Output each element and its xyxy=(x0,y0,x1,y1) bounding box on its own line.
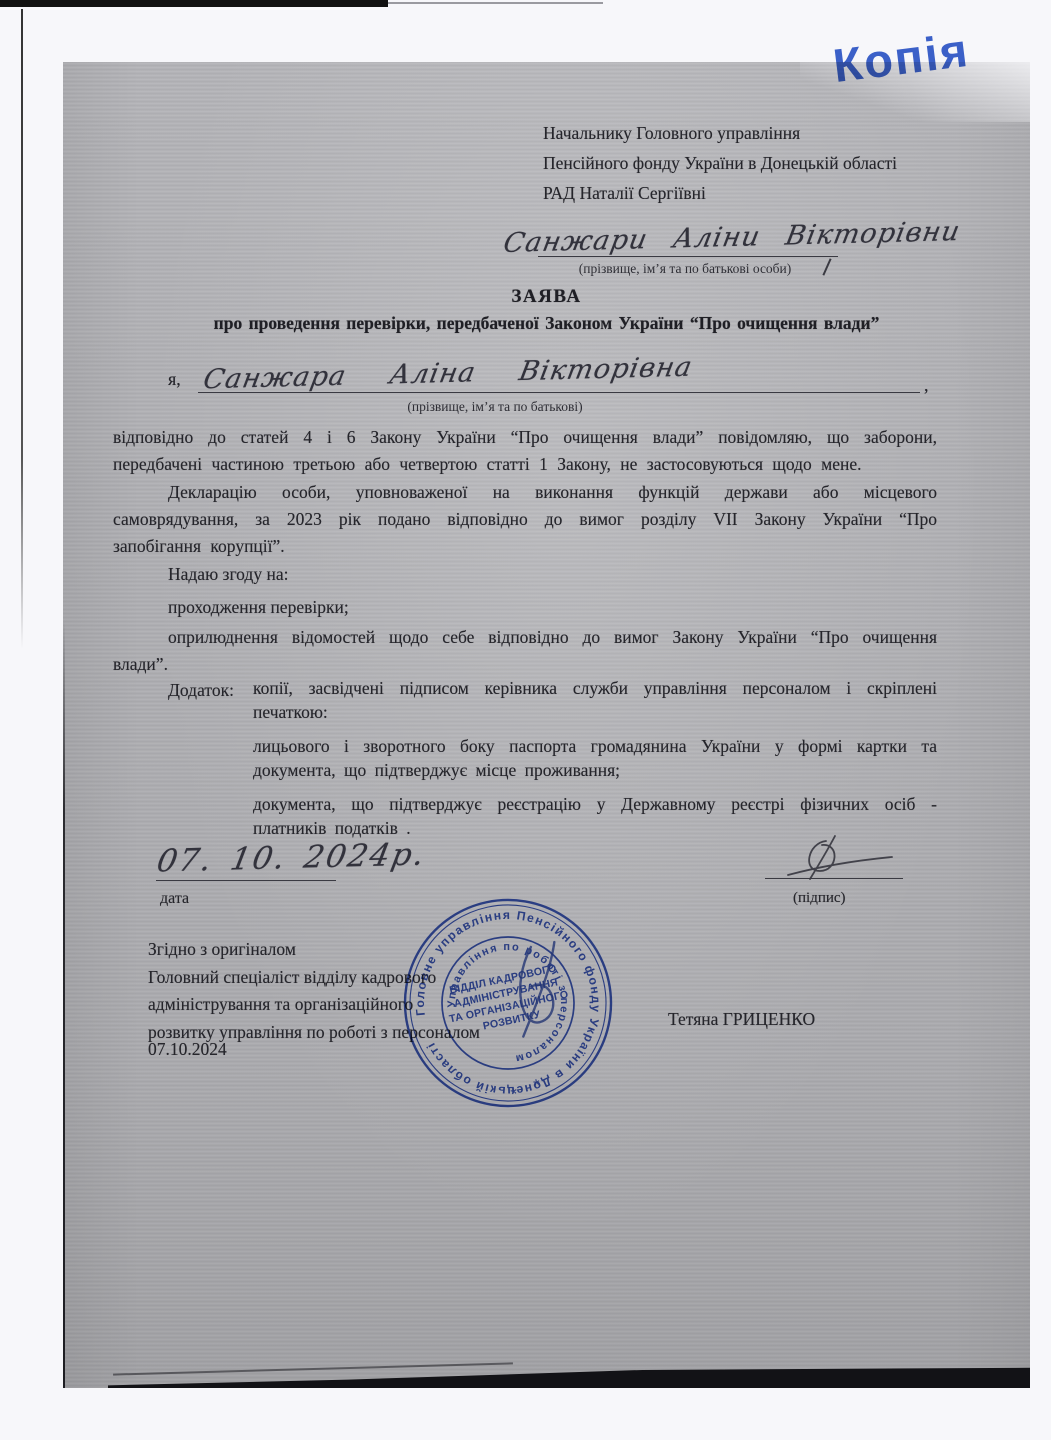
addressee-line-1: Начальнику Головного управління xyxy=(543,118,897,148)
name-caption-top: (прізвище, ім’я та по батькові особи) xyxy=(540,261,830,277)
official-round-stamp: Головне управління Пенсійного фонду Укра… xyxy=(396,891,620,1115)
attachment-item-2: лицьового і зворотного боку паспорта гро… xyxy=(253,735,937,782)
paragraph-declaration: Декларацію особи, уповноваженої на викон… xyxy=(113,479,937,560)
attachments-label: Додаток: xyxy=(168,677,234,704)
scan-artifact-left-line xyxy=(21,9,23,649)
document-subtitle: про проведення перевірки, передбаченої З… xyxy=(63,313,1030,334)
attachments-list: копії, засвідчені підписом керівника слу… xyxy=(253,677,937,851)
date-label: дата xyxy=(160,885,189,912)
scan-artifact-scratch xyxy=(113,1362,513,1375)
scan-artifact-top-line xyxy=(388,2,603,4)
addressee-line-2: Пенсійного фонду України в Донецькій обл… xyxy=(543,148,897,178)
addressee-block: Начальнику Головного управління Пенсійно… xyxy=(543,118,897,208)
certification-date: 07.10.2024 xyxy=(148,1036,227,1063)
attachment-item-1: копії, засвідчені підписом керівника слу… xyxy=(253,677,937,724)
signature-underline xyxy=(765,850,903,879)
certifier-name: Тетяна ГРИЦЕНКО xyxy=(668,1006,815,1033)
consent-item-1: проходження перевірки; xyxy=(168,594,349,621)
name-caption-mid: (прізвище, ім’я та по батькові) xyxy=(330,399,660,415)
scanned-document-page: { "copy_stamp": { "label": "Копія", "col… xyxy=(0,0,1051,1440)
consent-intro: Надаю згоду на: xyxy=(168,561,288,588)
paragraph-lustration: відповідно до статей 4 і 6 Закону Україн… xyxy=(113,424,937,478)
document-title-block: ЗАЯВА про проведення перевірки, передбач… xyxy=(63,286,1030,334)
trailing-comma: , xyxy=(924,372,929,399)
scan-artifact-left-border xyxy=(63,620,65,1388)
document-title: ЗАЯВА xyxy=(63,286,1030,308)
addressee-line-3: РАД Наталії Сергіївні xyxy=(543,178,897,208)
date-underline xyxy=(156,852,336,881)
consent-item-2: оприлюднення відомостей щодо себе відпов… xyxy=(113,624,937,678)
name-underline-top xyxy=(538,256,838,257)
pronoun: я, xyxy=(168,366,181,393)
signature-label: (підпис) xyxy=(793,885,846,912)
scan-artifact-top-bar xyxy=(0,0,388,7)
